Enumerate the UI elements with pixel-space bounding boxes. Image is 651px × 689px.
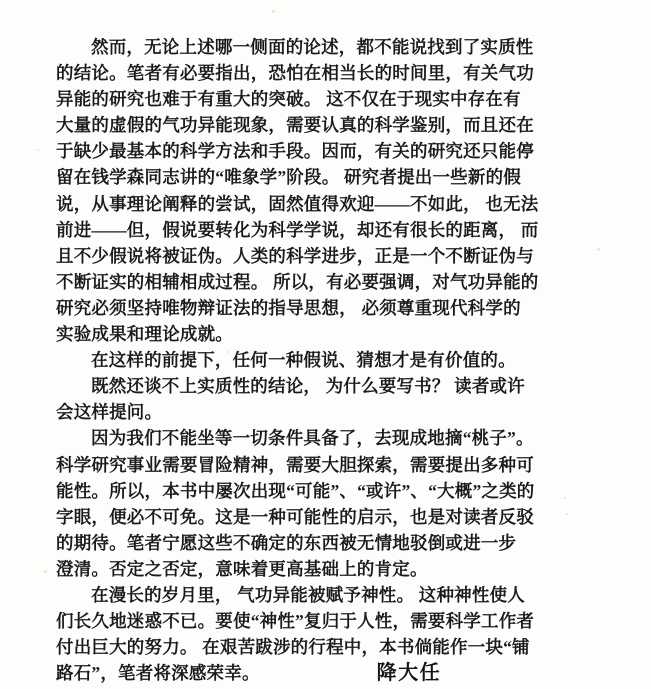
text-line: 会这样提问。: [56, 399, 530, 425]
book-page-scan: 然而，无论上述哪一侧面的论述，都不能说找到了实质性 的结论。笔者有必要指出，恐怕…: [0, 0, 651, 689]
text-line: 且不少假说将被证伪。人类的科学进步，正是一个不断证伪与: [56, 243, 530, 269]
scan-speck: [44, 570, 47, 573]
text-line: 于缺少最基本的科学方法和手段。因而，有关的研究还只能停: [56, 138, 530, 164]
text-line: 留在钱学森同志讲的“唯象学”阶段。 研究者提出一些新的假: [56, 164, 530, 190]
scan-speck: [564, 497, 566, 499]
closing-line: 路石”，笔者将深感荣幸。降大任: [56, 660, 530, 686]
scan-speck: [566, 513, 568, 515]
text-line: 不断证实的相辅相成过程。 所以，有必要强调，对气功异能的: [56, 269, 530, 295]
text-line: 大量的虚假的气功异能现象，需要认真的科学鉴别，而且还在: [56, 112, 530, 138]
text-line: 在这样的前提下，任何一种假说、猜想才是有价值的。: [56, 347, 530, 373]
text-line: 们长久地迷惑不已。要使“神性”复归于人性，需要科学工作者: [56, 608, 530, 634]
scan-speck: [597, 248, 600, 251]
scan-speck: [227, 351, 229, 353]
text-line: 异能的研究也难于有重大的突破。 这不仅在于现实中存在有: [56, 86, 530, 112]
text-line: 在漫长的岁月里， 气功异能被赋予神性。 这种神性使人: [56, 582, 530, 608]
scan-speck: [272, 10, 275, 13]
text-line: 科学研究事业需要冒险精神，需要大胆探索，需要提出多种可: [56, 452, 530, 478]
text-line: 的期待。笔者宁愿这些不确定的东西被无情地驳倒或进一步: [56, 530, 530, 556]
text-line: 实验成果和理论成就。: [56, 321, 530, 347]
author-signature: 降大任: [377, 662, 442, 684]
text-line: 然而，无论上述哪一侧面的论述，都不能说找到了实质性: [56, 34, 530, 60]
text-block: 然而，无论上述哪一侧面的论述，都不能说找到了实质性 的结论。笔者有必要指出，恐怕…: [56, 34, 530, 686]
text-line: 说，从事理论阐释的尝试，固然值得欢迎——不如此， 也无法: [56, 191, 530, 217]
closing-line-text: 路石”，笔者将深感荣幸。: [56, 663, 260, 683]
text-line: 的结论。笔者有必要指出，恐怕在相当长的时间里，有关气功: [56, 60, 530, 86]
scan-speck: [37, 149, 39, 151]
text-line: 因为我们不能坐等一切条件具备了，去现成地摘“桃子”。: [56, 425, 530, 451]
text-line: 前进——但，假说要转化为科学学说，却还有很长的距离， 而: [56, 217, 530, 243]
text-line: 研究必须坚持唯物辩证法的指导思想， 必须尊重现代科学的: [56, 295, 530, 321]
text-line: 字眼，便必不可免。这是一种可能性的启示，也是对读者反驳: [56, 504, 530, 530]
text-line: 付出巨大的努力。 在艰苦跋涉的行程中，本书倘能作一块“铺: [56, 634, 530, 660]
text-line: 澄清。否定之否定，意味着更高基础上的肯定。: [56, 556, 530, 582]
text-line: 既然还谈不上实质性的结论， 为什么要写书？ 读者或许: [56, 373, 530, 399]
text-line: 能性。所以，本书中屡次出现“可能”、“或许”、“大概”之类的: [56, 478, 530, 504]
